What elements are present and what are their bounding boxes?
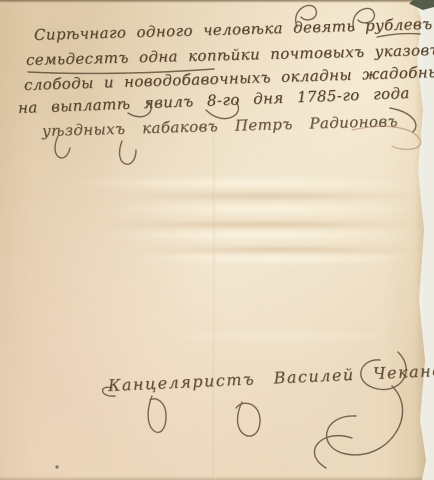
document-scan: Сирѣчнаго одного человѣка девять рублевъ…	[0, 0, 434, 480]
ink-speck	[55, 465, 58, 468]
